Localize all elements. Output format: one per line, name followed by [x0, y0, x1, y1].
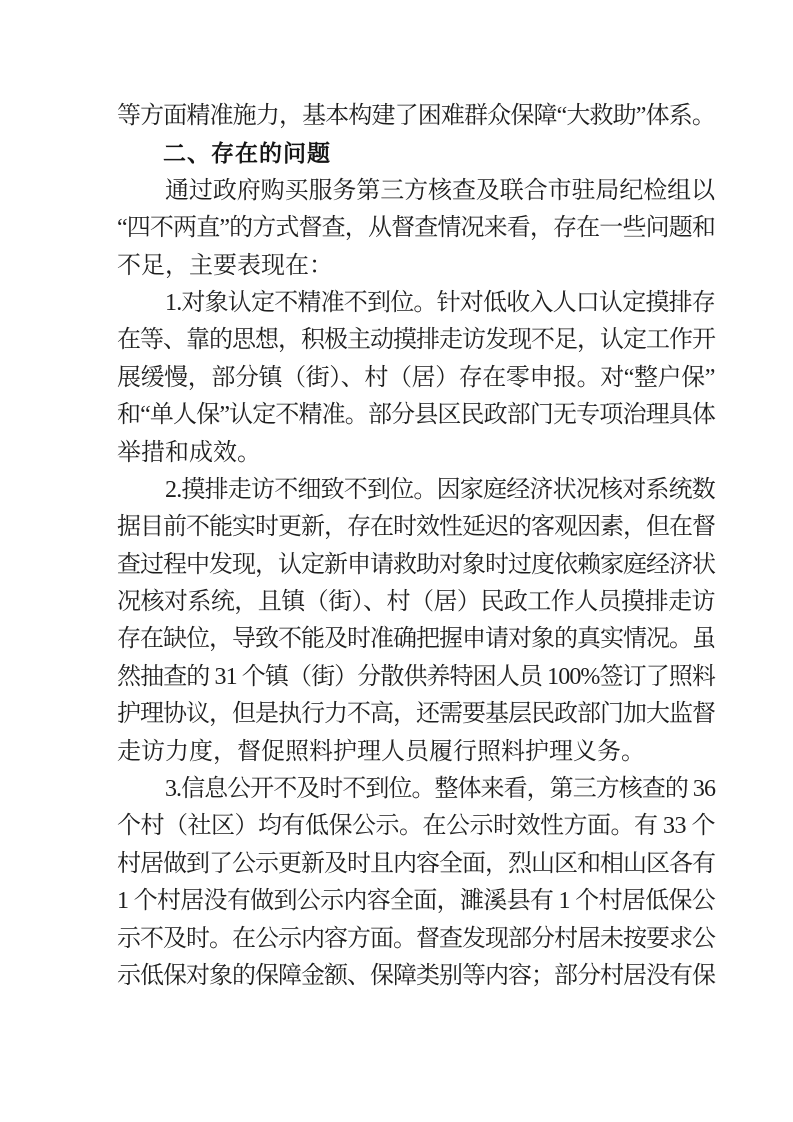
text-line: 3.信息公开不及时不到位。整体来看，第三方核查的 36 — [117, 771, 715, 808]
text-line: 况核对系统，且镇（街）、村（居）民政工作人员摸排走访 — [117, 584, 715, 621]
text-line: 存在缺位，导致不能及时准确把握申请对象的真实情况。虽 — [117, 621, 715, 658]
text-line: 据目前不能实时更新，存在时效性延迟的客观因素，但在督 — [117, 509, 715, 546]
section-heading: 二、存在的问题 — [117, 135, 715, 172]
problem-item-2: 2.摸排走访不细致不到位。因家庭经济状况核对系统数 据目前不能实时更新，存在时效… — [117, 472, 715, 771]
text-line: 和“单人保”认定不精准。部分县区民政部门无专项治理具体 — [117, 397, 715, 434]
document-page: 等方面精准施力，基本构建了困难群众保障“大救助”体系。 二、存在的问题 通过政府… — [0, 0, 793, 1122]
text-line: 1.对象认定不精准不到位。针对低收入人口认定摸排存 — [117, 285, 715, 322]
text-line: 等方面精准施力，基本构建了困难群众保障“大救助”体系。 — [117, 98, 715, 135]
text-line: 示低保对象的保障金额、保障类别等内容；部分村居没有保 — [117, 958, 715, 995]
text-line: 然抽查的 31 个镇（街）分散供养特困人员 100%签订了照料 — [117, 659, 715, 696]
text-line: 查过程中发现，认定新申请救助对象时过度依赖家庭经济状 — [117, 547, 715, 584]
text-line: 村居做到了公示更新及时且内容全面，烈山区和相山区各有 — [117, 846, 715, 883]
text-line: 举措和成效。 — [117, 435, 715, 472]
text-line: 护理协议，但是执行力不高，还需要基层民政部门加大监督 — [117, 696, 715, 733]
continuation-paragraph: 等方面精准施力，基本构建了困难群众保障“大救助”体系。 — [117, 98, 715, 135]
text-line: “四不两直”的方式督查，从督查情况来看，存在一些问题和 — [117, 210, 715, 247]
text-line: 不足，主要表现在： — [117, 248, 715, 285]
text-line: 2.摸排走访不细致不到位。因家庭经济状况核对系统数 — [117, 472, 715, 509]
text-line: 个村（社区）均有低保公示。在公示时效性方面。有 33 个 — [117, 808, 715, 845]
text-line: 在等、靠的思想，积极主动摸排走访发现不足，认定工作开 — [117, 322, 715, 359]
problem-item-1: 1.对象认定不精准不到位。针对低收入人口认定摸排存 在等、靠的思想，积极主动摸排… — [117, 285, 715, 472]
text-line: 1 个村居没有做到公示内容全面，濉溪县有 1 个村居低保公 — [117, 883, 715, 920]
problem-item-3: 3.信息公开不及时不到位。整体来看，第三方核查的 36 个村（社区）均有低保公示… — [117, 771, 715, 995]
text-line: 走访力度，督促照料护理人员履行照料护理义务。 — [117, 734, 715, 771]
text-line: 示不及时。在公示内容方面。督查发现部分村居未按要求公 — [117, 921, 715, 958]
intro-paragraph: 通过政府购买服务第三方核查及联合市驻局纪检组以 “四不两直”的方式督查，从督查情… — [117, 173, 715, 285]
text-line: 通过政府购买服务第三方核查及联合市驻局纪检组以 — [117, 173, 715, 210]
text-line: 展缓慢，部分镇（街）、村（居）存在零申报。对“整户保” — [117, 360, 715, 397]
